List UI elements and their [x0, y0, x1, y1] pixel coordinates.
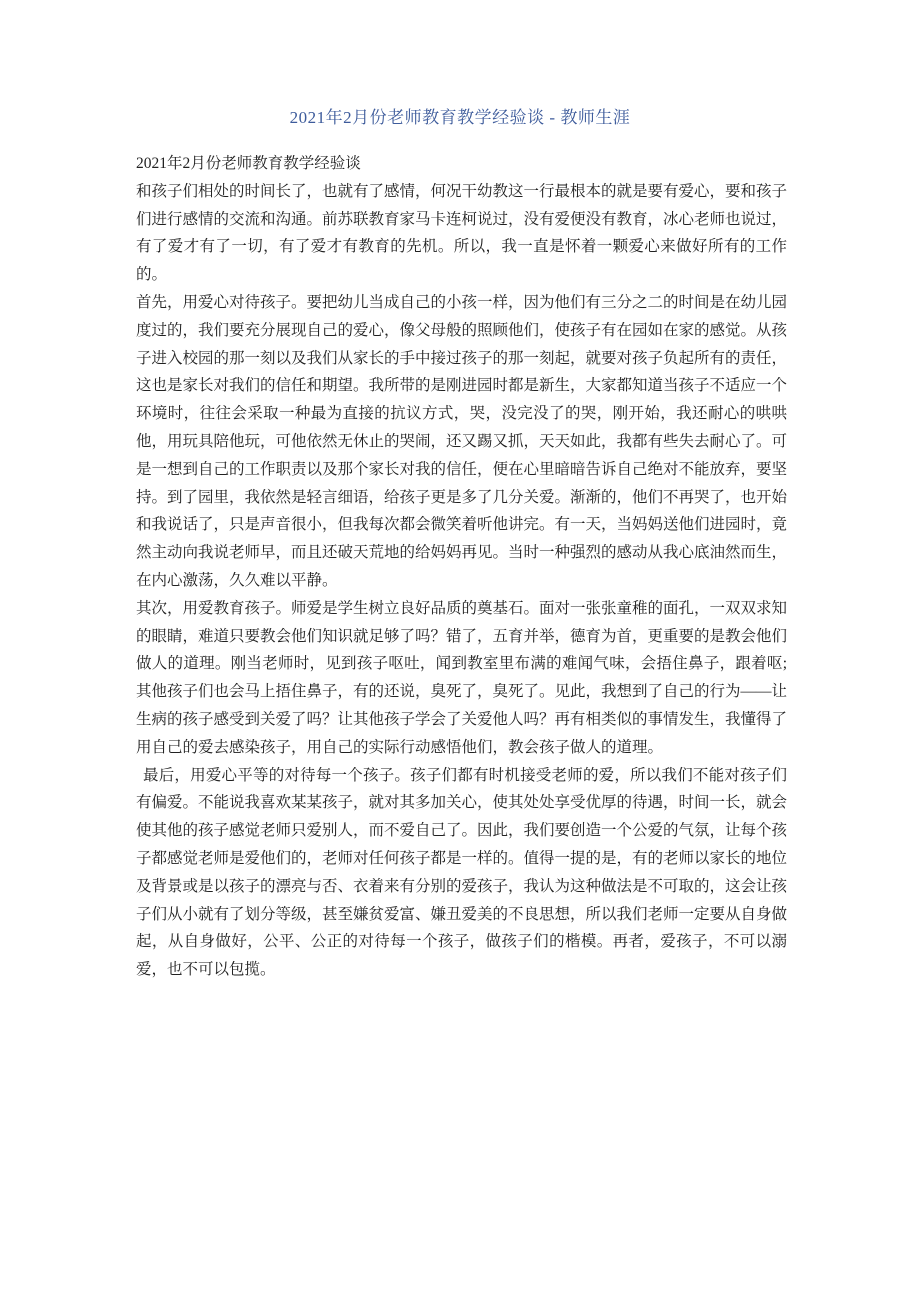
document-page: 2021年2月份老师教育教学经验谈 - 教师生涯 2021年2月份老师教育教学经… [0, 0, 920, 1302]
paragraph-last-point: 最后，用爱心平等的对待每一个孩子。孩子们都有时机接受老师的爱，所以我们不能对孩子… [136, 762, 787, 984]
document-subtitle: 2021年2月份老师教育教学经验谈 [136, 150, 787, 178]
page-title: 2021年2月份老师教育教学经验谈 - 教师生涯 [0, 103, 920, 128]
paragraph-first-point: 首先，用爱心对待孩子。要把幼儿当成自己的小孩一样，因为他们有三分之二的时间是在幼… [136, 289, 787, 595]
paragraph-intro: 和孩子们相处的时间长了，也就有了感情，何况干幼教这一行最根本的就是要有爱心，要和… [136, 178, 787, 289]
paragraph-second-point: 其次，用爱教育孩子。师爱是学生树立良好品质的奠基石。面对一张张童稚的面孔，一双双… [136, 595, 787, 762]
document-body: 2021年2月份老师教育教学经验谈 和孩子们相处的时间长了，也就有了感情，何况干… [136, 150, 787, 984]
